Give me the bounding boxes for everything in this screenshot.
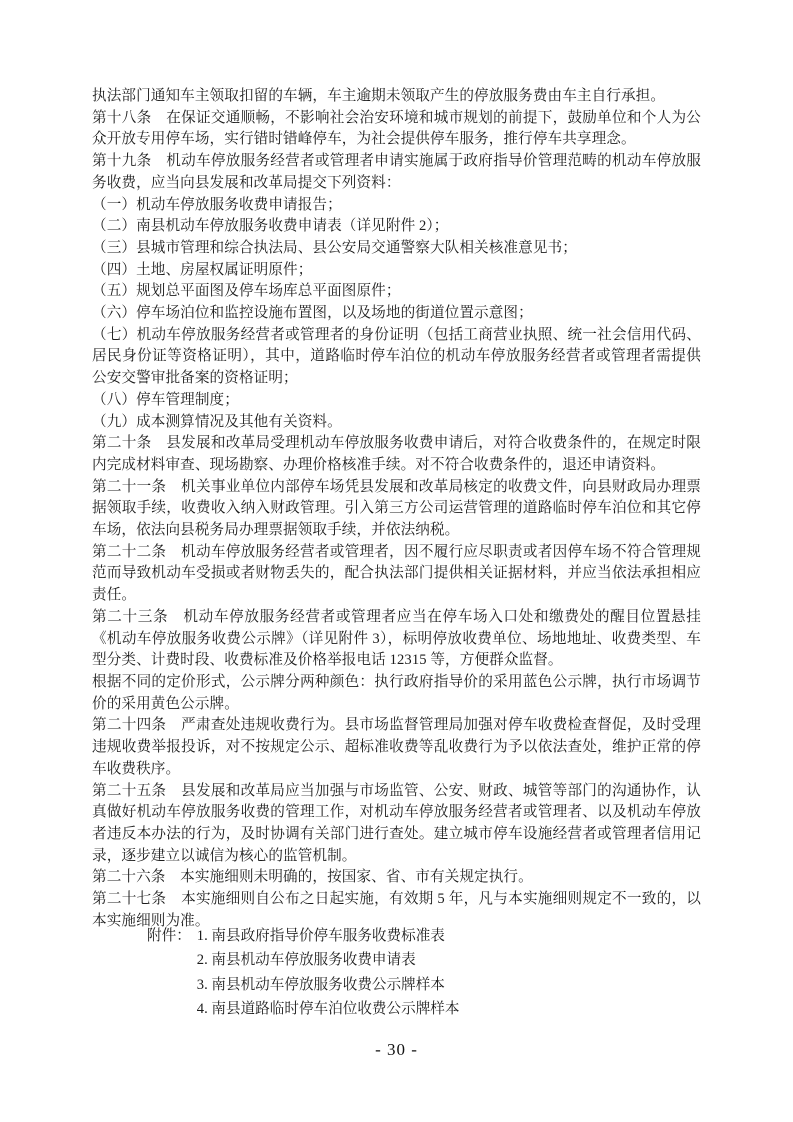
article-18-paragraph: 第十八条 在保证交通顺畅，不影响社会治安环境和城市规划的前提下，鼓励单位和个人为… [92, 108, 701, 151]
paragraph-continuation-article-17: 执法部门通知车主领取扣留的车辆，车主逾期未领取产生的停放服务费由车主自行承担。 [92, 86, 701, 108]
article-22-paragraph: 第二十二条 机动车停放服务经营者或管理者，因不履行应尽职责或者因停车场不符合管理… [92, 542, 701, 607]
article-19-item-3: （三）县城市管理和综合执法局、县公安局交通警察大队相关核准意见书； [92, 238, 701, 260]
article-19-item-4: （四）土地、房屋权属证明原件； [92, 260, 701, 282]
article-19-paragraph: 第十九条 机动车停放服务经营者或管理者申请实施属于政府指导价管理范畴的机动车停放… [92, 151, 701, 194]
article-19-item-5: （五）规划总平面图及停车场库总平面图原件； [92, 281, 701, 303]
article-21-paragraph: 第二十一条 机关事业单位内部停车场凭县发展和改革局核定的收费文件，向县财政局办理… [92, 477, 701, 542]
article-25-paragraph: 第二十五条 县发展和改革局应当加强与市场监管、公安、财政、城管等部门的沟通协作，… [92, 781, 701, 868]
attachment-item-3: 3. 南县机动车停放服务收费公示牌样本 [197, 973, 460, 997]
article-19-item-7: （七）机动车停放服务经营者或管理者的身份证明（包括工商营业执照、统一社会信用代码… [92, 325, 701, 390]
article-24-paragraph: 第二十四条 严肃查处违规收费行为。县市场监督管理局加强对停车收费检查督促，及时受… [92, 715, 701, 780]
article-19-item-9: （九）成本测算情况及其他有关资料。 [92, 412, 701, 434]
document-page: 执法部门通知车主领取扣留的车辆，车主逾期未领取产生的停放服务费由车主自行承担。 … [0, 0, 793, 1122]
article-23-paragraph: 第二十三条 机动车停放服务经营者或管理者应当在停车场入口处和缴费处的醒目位置悬挂… [92, 607, 701, 672]
attachments-list: 1. 南县政府指导价停车服务收费标准表 2. 南县机动车停放服务收费申请表 3.… [197, 924, 460, 1022]
article-26-paragraph: 第二十六条 本实施细则未明确的，按国家、省、市有关规定执行。 [92, 867, 701, 889]
attachments-block: 附件： 1. 南县政府指导价停车服务收费标准表 2. 南县机动车停放服务收费申请… [147, 924, 460, 1022]
page-number: - 30 - [0, 1040, 793, 1060]
article-20-paragraph: 第二十条 县发展和改革局受理机动车停放服务收费申请后，对符合收费条件的，在规定时… [92, 433, 701, 476]
attachment-item-2: 2. 南县机动车停放服务收费申请表 [197, 948, 460, 972]
document-body: 执法部门通知车主领取扣留的车辆，车主逾期未领取产生的停放服务费由车主自行承担。 … [92, 86, 701, 932]
article-19-item-6: （六）停车场泊位和监控设施布置图，以及场地的街道位置示意图； [92, 303, 701, 325]
attachment-item-4: 4. 南县道路临时停车泊位收费公示牌样本 [197, 997, 460, 1021]
article-19-item-1: （一）机动车停放服务收费申请报告； [92, 195, 701, 217]
article-23-paragraph-2: 根据不同的定价形式，公示牌分两种颜色：执行政府指导价的采用蓝色公示牌，执行市场调… [92, 672, 701, 715]
attachments-label: 附件： [147, 924, 191, 948]
attachment-item-1: 1. 南县政府指导价停车服务收费标准表 [197, 924, 460, 948]
article-19-item-8: （八）停车管理制度； [92, 390, 701, 412]
article-19-item-2: （二）南县机动车停放服务收费申请表（详见附件 2）； [92, 216, 701, 238]
